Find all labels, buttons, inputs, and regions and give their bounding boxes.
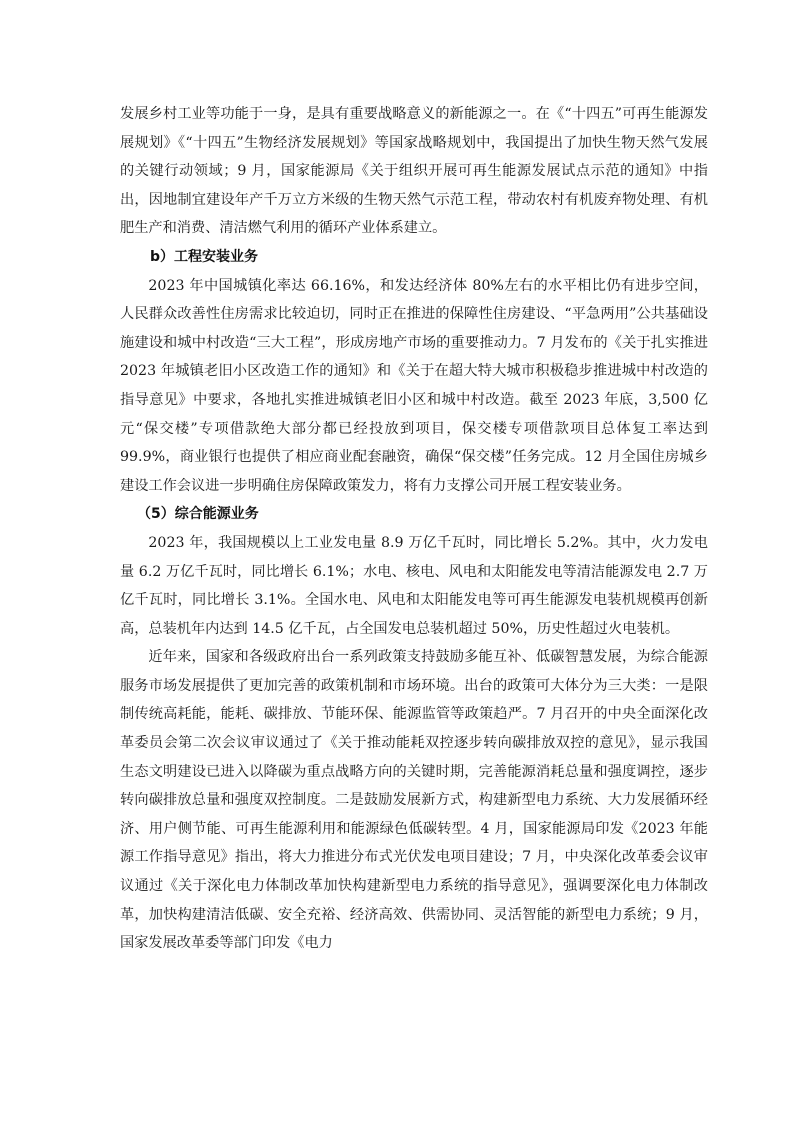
document-page: 发展乡村工业等功能于一身，是具有重要战略意义的新能源之一。在《“十四五”可再生能… (120, 100, 708, 958)
section-heading-integrated-energy: （5）综合能源业务 (120, 500, 708, 529)
paragraph-energy-policy: 近年来，国家和各级政府出台一系列政策支持鼓励多能互补、低碳智慧发展，为综合能源服… (120, 643, 708, 958)
paragraph-urbanization: 2023 年中国城镇化率达 66.16%，和发达经济体 80%左右的水平相比仍有… (120, 272, 708, 501)
section-heading-engineering-installation: b）工程安装业务 (120, 243, 708, 272)
paragraph-biogas-continuation: 发展乡村工业等功能于一身，是具有重要战略意义的新能源之一。在《“十四五”可再生能… (120, 100, 708, 243)
paragraph-power-generation: 2023 年，我国规模以上工业发电量 8.9 万亿千瓦时，同比增长 5.2%。其… (120, 529, 708, 643)
